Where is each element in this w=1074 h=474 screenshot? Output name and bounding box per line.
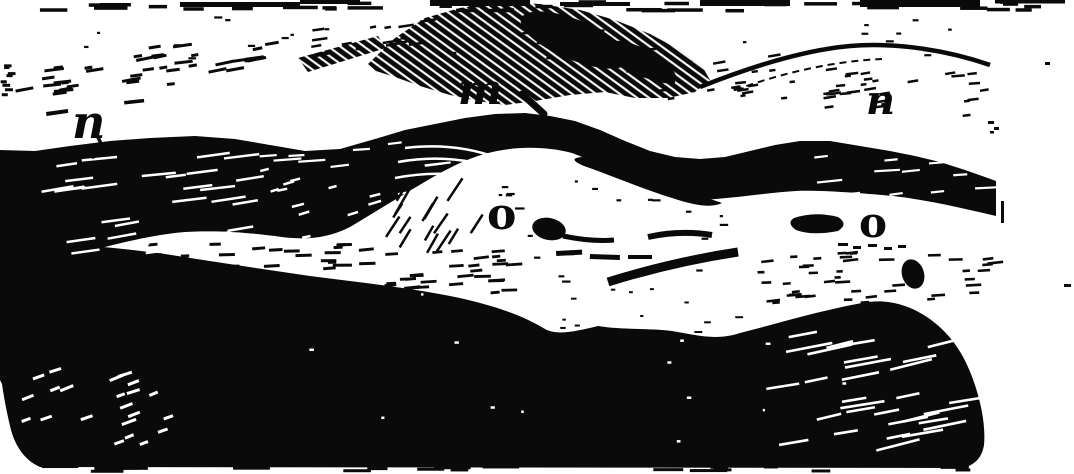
label-n-right: n <box>866 77 895 124</box>
engraving-plate: n m n o o <box>0 0 1074 474</box>
label-m-top: m <box>458 65 502 114</box>
label-o-left: o <box>487 189 516 240</box>
engraving-canvas: n m n o o <box>0 0 1074 474</box>
label-o-right: o <box>859 198 887 247</box>
